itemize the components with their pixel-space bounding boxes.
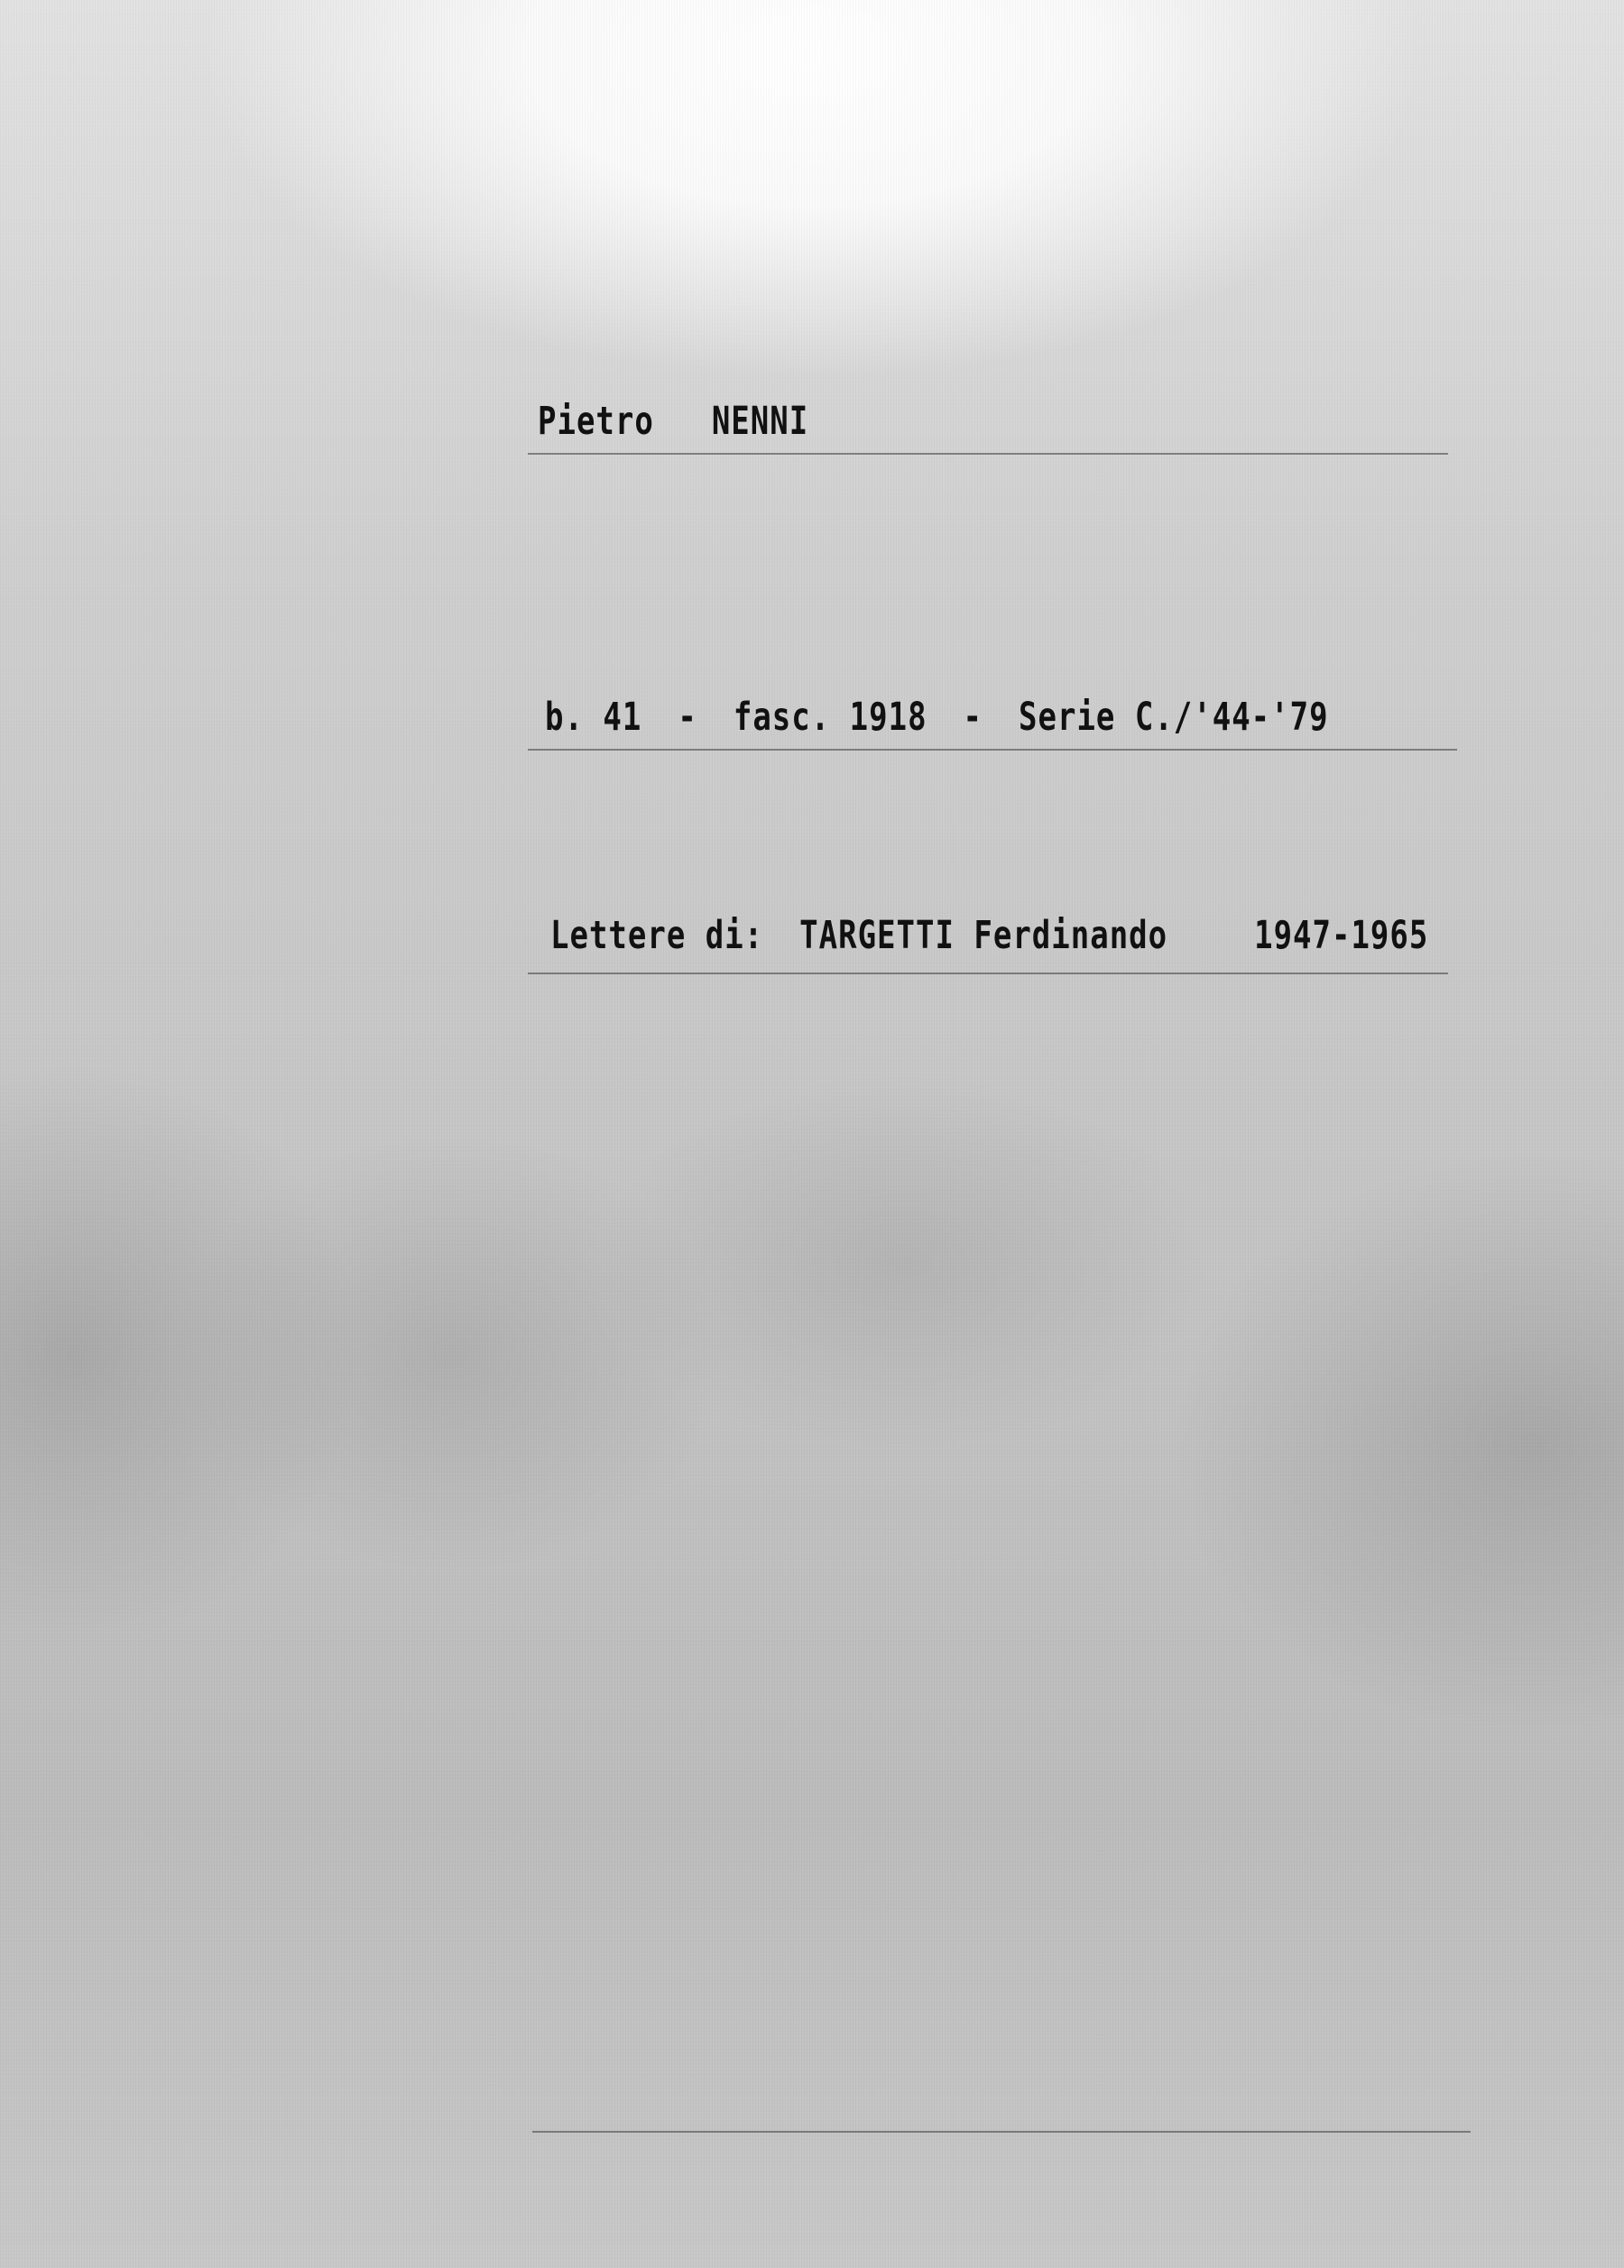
correspondent-name: TARGETTI Ferdinando xyxy=(799,913,1167,958)
underline-rule-1 xyxy=(528,453,1448,455)
separator: - xyxy=(678,695,697,740)
bottom-rule xyxy=(532,2131,1471,2133)
author-first-name: Pietro xyxy=(538,399,654,444)
author-last-name: NENNI xyxy=(712,399,808,444)
underline-rule-2 xyxy=(528,749,1457,751)
underline-rule-3 xyxy=(528,973,1448,974)
serie-label: Serie C./'44-'79 xyxy=(1019,695,1329,740)
letters-from-label: Lettere di: xyxy=(550,913,763,958)
scan-noise-texture xyxy=(0,0,1624,2268)
archive-reference-line: b. 41-fasc. 1918-Serie C./'44-'79 xyxy=(545,695,1329,740)
fascicolo-number: fasc. 1918 xyxy=(734,695,927,740)
author-name-line: PietroNENNI xyxy=(538,399,808,444)
date-range: 1947-1965 xyxy=(1254,913,1428,958)
separator: - xyxy=(964,695,983,740)
correspondence-line: Lettere di:TARGETTI Ferdinando1947-1965 xyxy=(550,913,1428,958)
busta-number: b. 41 xyxy=(545,695,641,740)
scanned-folder-cover: PietroNENNI b. 41-fasc. 1918-Serie C./'4… xyxy=(0,0,1624,2268)
